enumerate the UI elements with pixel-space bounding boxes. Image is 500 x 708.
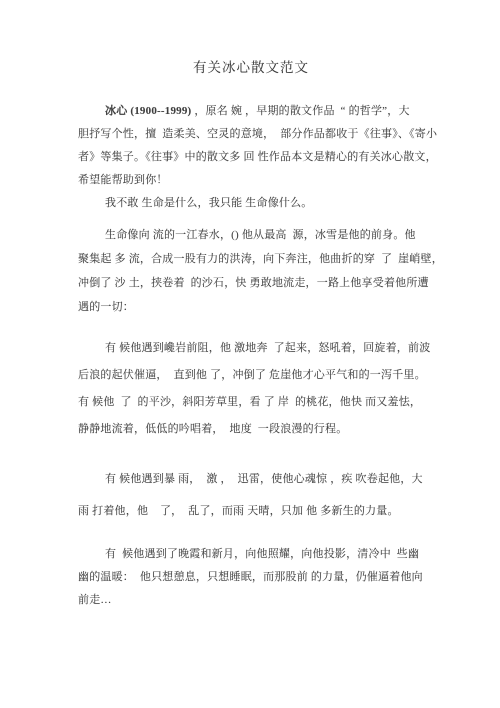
text-line: 者》等集子。《往事》中的散文多 回 性作品本文是精心的有关冰心散文， — [78, 146, 424, 169]
text-line: 遇的一切： — [78, 295, 424, 319]
text-line: 生命像向 流的一江春水，() 他从最高 源，冰雪是他的前身。他 — [78, 223, 424, 247]
document-title: 有关冰心散文范文 — [78, 58, 424, 78]
text-line: 希望能帮助到你！ — [78, 169, 424, 192]
text-line: 冲倒了 沙 土，挟卷着 的沙石，快 勇敢地流走，一路上他享受着他所遭 — [78, 271, 424, 295]
text-line: 有 候他遇到巉岩前阻，他 激地奔 了起来，怒吼着，回旋着，前波 — [78, 335, 424, 362]
text-line-rest: ，原名 婉 ，早期的散文作品 “ 的哲学”，大 — [191, 105, 409, 117]
document-page: 有关冰心散文范文 冰心 (1900--1999) ，原名 婉 ，早期的散文作品 … — [0, 0, 500, 708]
text-line: 有 候他遇到了晚霞和新月，向他照耀，向他投影，清冷中 些幽 — [78, 543, 424, 566]
paragraph-sunset-moon: 有 候他遇到了晚霞和新月，向他照耀，向他投影，清冷中 些幽 幽的温暖： 他只想憩… — [78, 543, 424, 612]
paragraph-storm: 有 候他遇到暴 雨， 激 ， 迅雷，使他心魂惊 ，疾 吹卷起他，大 雨 打着他，… — [78, 463, 424, 527]
text-line: 静静地流着，低低的吟唱着， 地度 一段浪漫的行程。 — [78, 416, 424, 443]
document-content: 有关冰心散文范文 冰心 (1900--1999) ，原名 婉 ，早期的散文作品 … — [0, 0, 500, 612]
paragraph-intro: 冰心 (1900--1999) ，原名 婉 ，早期的散文作品 “ 的哲学”，大 … — [78, 100, 424, 192]
text-line: 胆抒写个性，擅 造柔美、空灵的意境， 部分作品都收于《往事》、《寄小 — [78, 123, 424, 146]
paragraph-life-quote: 我不敢 生命是什么，我只能 生命像什么。 — [78, 192, 424, 215]
text-line: 有 候他 了 的平沙，斜阳芳草里，看 了 岸 的桃花，他快 而又羞怯， — [78, 389, 424, 416]
text-line: 冰心 (1900--1999) ，原名 婉 ，早期的散文作品 “ 的哲学”，大 — [78, 100, 424, 123]
paragraph-spring-river: 生命像向 流的一江春水，() 他从最高 源，冰雪是他的前身。他 聚集起 多 流，… — [78, 223, 424, 319]
text-line: 有 候他遇到暴 雨， 激 ， 迅雷，使他心魂惊 ，疾 吹卷起他，大 — [78, 463, 424, 495]
text-line: 后浪的起伏催逼， 直到他 了，冲倒了 危崖他才心平气和的一泻千里。 — [78, 362, 424, 389]
text-line: 雨 打着他，他 了， 乱了，而雨 天晴，只加 他 多新生的力量。 — [78, 495, 424, 527]
text-line: 我不敢 生命是什么，我只能 生命像什么。 — [78, 192, 424, 215]
text-line: 前走… — [78, 589, 424, 612]
paragraph-cliff-rocks: 有 候他遇到巉岩前阻，他 激地奔 了起来，怒吼着，回旋着，前波 后浪的起伏催逼，… — [78, 335, 424, 443]
text-line: 聚集起 多 流，合成一股有力的洪涛，向下奔注，他曲折的穿 了 崖峭壁， — [78, 247, 424, 271]
text-line: 幽的温暖： 他只想憩息，只想睡眠，而那股前 的力量，仍催逼着他向 — [78, 566, 424, 589]
author-name: 冰心 (1900--1999) — [105, 105, 191, 117]
